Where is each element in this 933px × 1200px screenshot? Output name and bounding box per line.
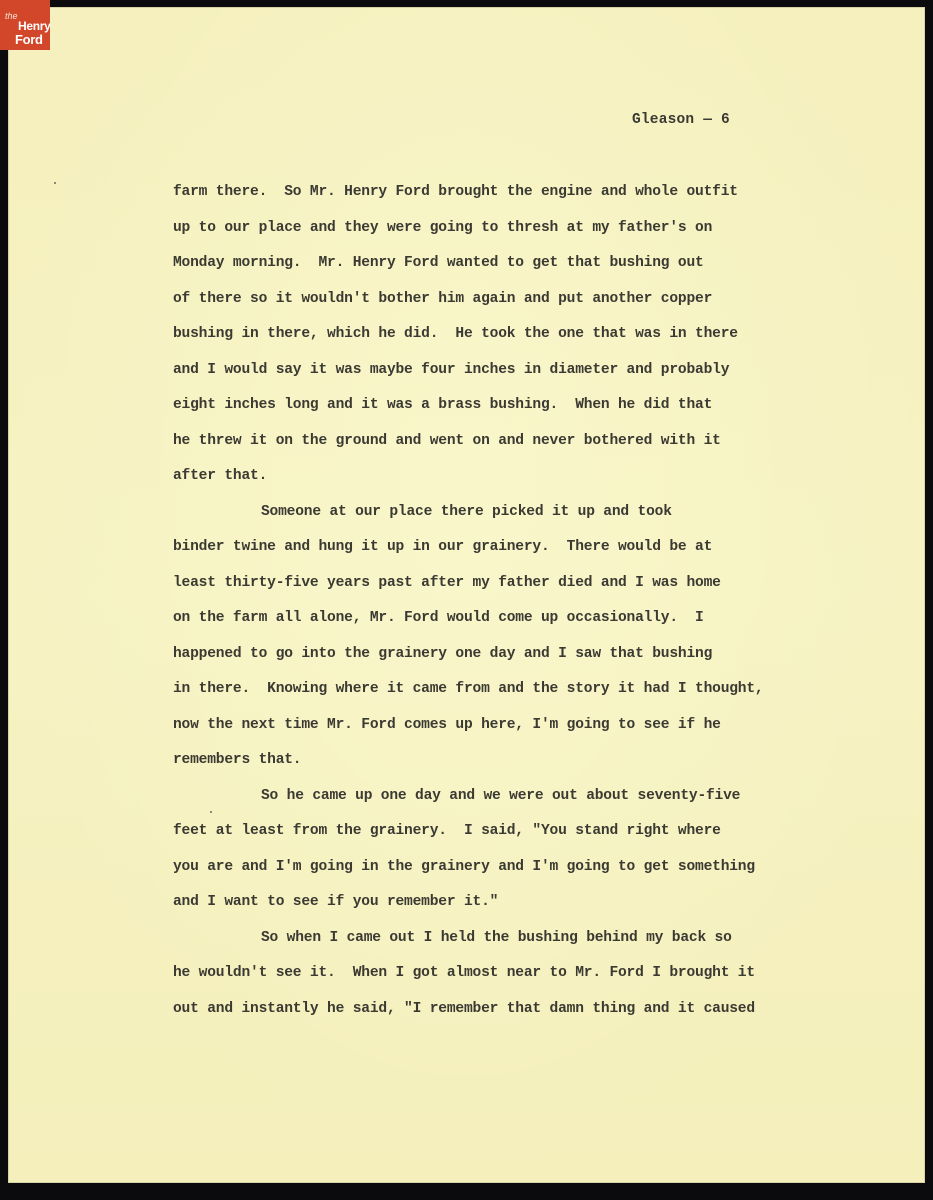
text-line: binder twine and hung it up in our grain… [173,535,793,571]
logo-henry: Henry [18,20,51,32]
logo-the: the [5,12,18,21]
transcript-body: farm there. So Mr. Henry Ford brought th… [173,180,793,1032]
text-line: least thirty-five years past after my fa… [173,571,793,607]
text-line: he threw it on the ground and went on an… [173,429,793,465]
text-line: in there. Knowing where it came from and… [173,677,793,713]
henry-ford-logo: the Henry Ford [0,0,50,50]
text-line: happened to go into the grainery one day… [173,642,793,678]
paragraph-start-line: Someone at our place there picked it up … [173,500,793,536]
paragraph-start-line: So he came up one day and we were out ab… [173,784,793,820]
paragraph-start-line: So when I came out I held the bushing be… [173,926,793,962]
text-line: and I want to see if you remember it." [173,890,793,926]
paper-speck [54,182,56,184]
text-line: on the farm all alone, Mr. Ford would co… [173,606,793,642]
page-header: Gleason — 6 [632,112,730,128]
text-line: up to our place and they were going to t… [173,216,793,252]
text-line: you are and I'm going in the grainery an… [173,855,793,891]
text-line: now the next time Mr. Ford comes up here… [173,713,793,749]
text-line: out and instantly he said, "I remember t… [173,997,793,1033]
text-line: after that. [173,464,793,500]
text-line: farm there. So Mr. Henry Ford brought th… [173,180,793,216]
text-line: eight inches long and it was a brass bus… [173,393,793,429]
text-line: and I would say it was maybe four inches… [173,358,793,394]
text-line: feet at least from the grainery. I said,… [173,819,793,855]
text-line: of there so it wouldn't bother him again… [173,287,793,323]
logo-ford: Ford [15,33,43,46]
text-line: bushing in there, which he did. He took … [173,322,793,358]
text-line: he wouldn't see it. When I got almost ne… [173,961,793,997]
text-line: Monday morning. Mr. Henry Ford wanted to… [173,251,793,287]
text-line: remembers that. [173,748,793,784]
